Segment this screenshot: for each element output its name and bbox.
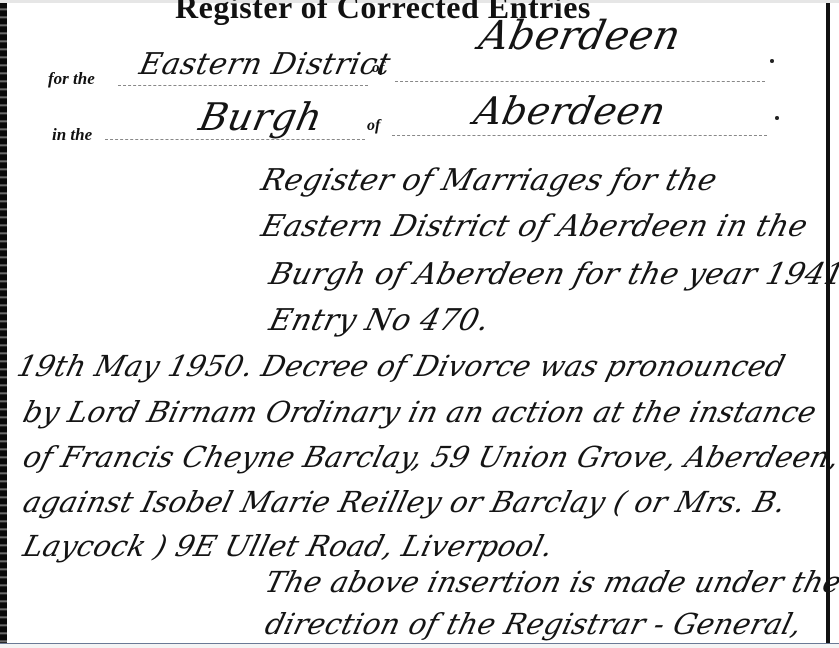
burgh-type-field-line — [105, 139, 365, 140]
entry-line: direction of the Registrar - General, — [262, 607, 806, 641]
label-in-the: in the — [52, 125, 92, 145]
document-viewer: Register of Corrected Entries for the of… — [0, 0, 839, 648]
county-field-line — [395, 81, 765, 82]
page-left-border — [0, 3, 7, 643]
district-field-line — [118, 85, 368, 86]
reference-line: Register of Marriages for the — [258, 163, 721, 198]
reference-line: Burgh of Aberdeen for the year 1941 — [266, 257, 839, 292]
entry-line: Laycock ) 9E Ullet Road, Liverpool. — [20, 529, 557, 563]
reference-line: Entry No 470. — [266, 303, 493, 338]
handwritten-burgh-name: Aberdeen — [470, 89, 670, 133]
entry-line: against Isobel Marie Reilley or Barclay … — [20, 485, 790, 519]
viewer-bottom-edge — [0, 643, 839, 648]
handwritten-burgh-type: Burgh — [195, 95, 326, 139]
label-of-2: of — [367, 117, 380, 135]
burgh-name-field-line — [392, 135, 767, 136]
label-for-the: for the — [48, 69, 95, 89]
entry-line: The above insertion is made under the — [262, 565, 839, 599]
reference-line: Eastern District of Aberdeen in the — [258, 209, 812, 244]
scanned-register-page: Register of Corrected Entries for the of… — [0, 3, 839, 643]
handwritten-district: Eastern District — [136, 47, 394, 82]
entry-line: by Lord Birnam Ordinary in an action at … — [20, 395, 820, 429]
entry-line: 19th May 1950. Decree of Divorce was pro… — [14, 349, 789, 383]
handwritten-county: Aberdeen — [475, 13, 685, 59]
page-right-border — [826, 3, 830, 643]
entry-line: of Francis Cheyne Barclay, 59 Union Grov… — [20, 440, 839, 474]
punctuation-dot — [770, 59, 774, 63]
punctuation-dot — [775, 116, 779, 120]
